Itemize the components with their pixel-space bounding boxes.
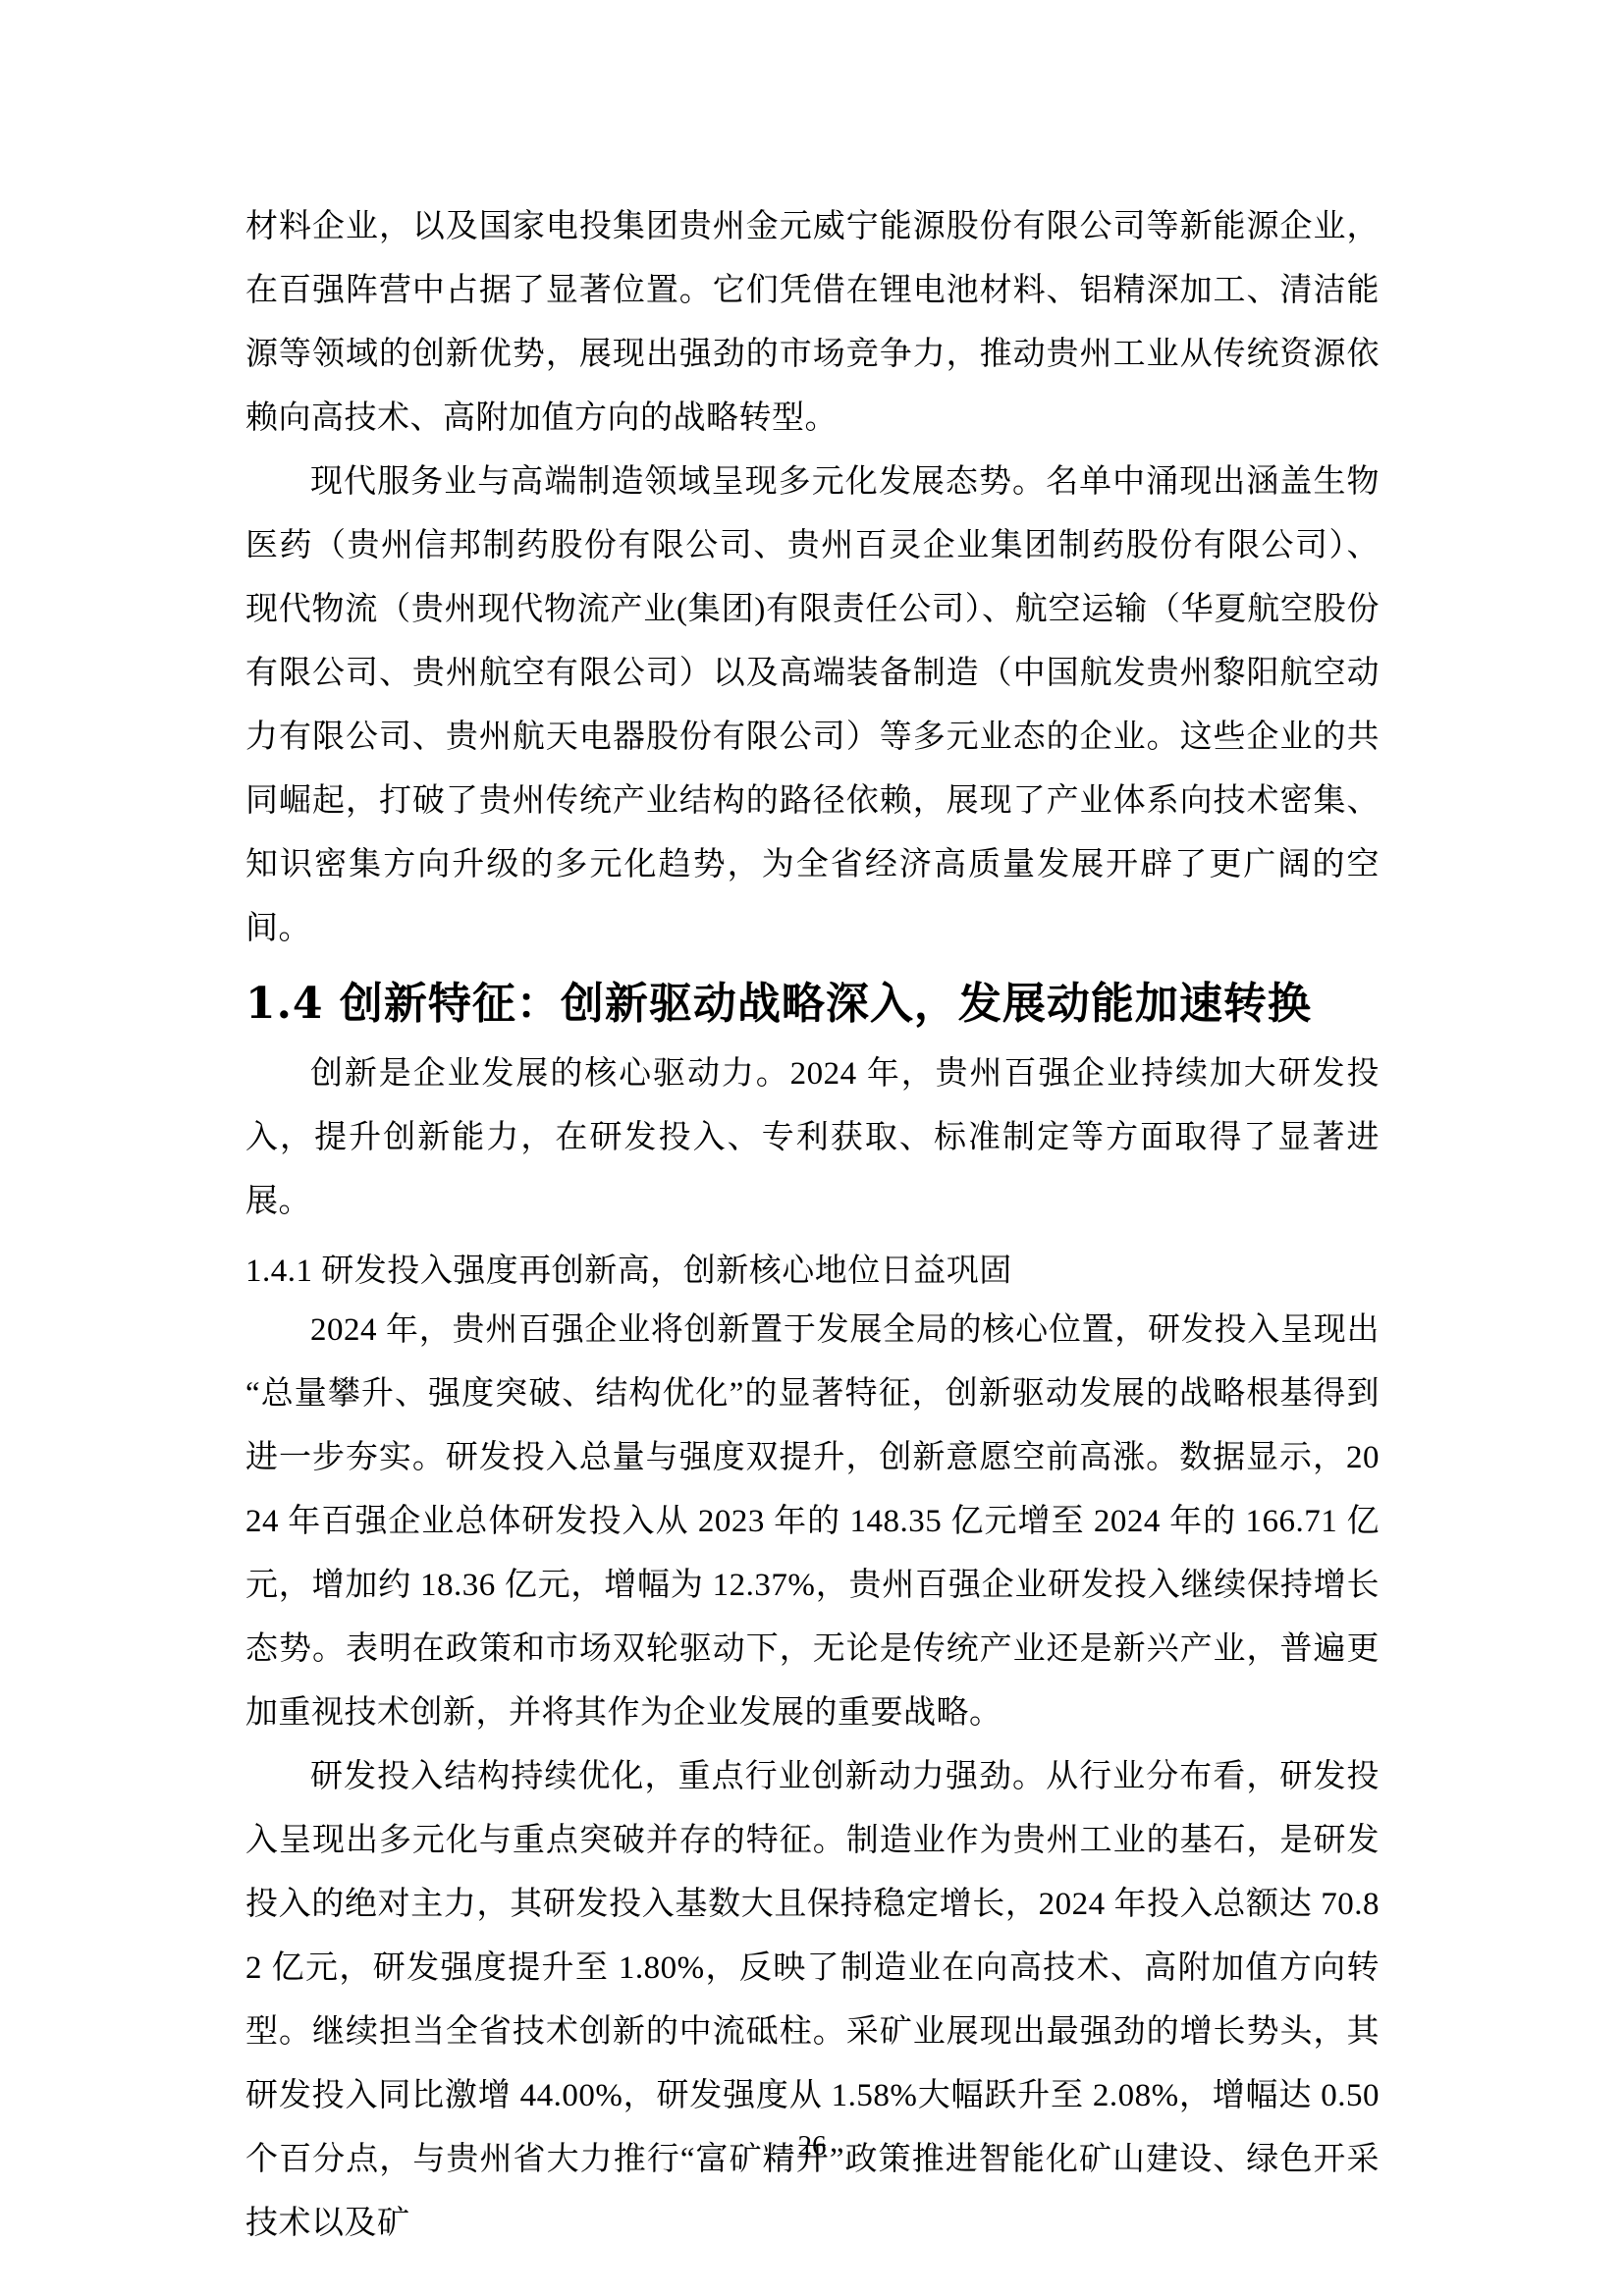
section-heading-1-4: 1.4 创新特征：创新驱动战略深入，发展动能加速转换: [245, 966, 1380, 1042]
paragraph-rd-structure-optimization: 研发投入结构持续优化，重点行业创新动力强劲。从行业分布看，研发投入呈现出多元化与…: [245, 1745, 1380, 2256]
subsection-heading-1-4-1: 1.4.1 研发投入强度再创新高，创新核心地位日益巩固: [245, 1244, 1380, 1299]
paragraph-materials-enterprises: 材料企业，以及国家电投集团贵州金元威宁能源股份有限公司等新能源企业，在百强阵营中…: [245, 195, 1380, 451]
page-body: 材料企业，以及国家电投集团贵州金元威宁能源股份有限公司等新能源企业，在百强阵营中…: [245, 195, 1380, 2256]
paragraph-rd-investment-growth: 2024 年，贵州百强企业将创新置于发展全局的核心位置，研发投入呈现出“总量攀升…: [245, 1299, 1380, 1745]
document-page: 材料企业，以及国家电投集团贵州金元威宁能源股份有限公司等新能源企业，在百强阵营中…: [0, 0, 1624, 2296]
page-number: 26: [0, 2128, 1624, 2163]
paragraph-modern-services: 现代服务业与高端制造领域呈现多元化发展态势。名单中涌现出涵盖生物医药（贵州信邦制…: [245, 451, 1380, 961]
paragraph-innovation-intro: 创新是企业发展的核心驱动力。2024 年，贵州百强企业持续加大研发投入，提升创新…: [245, 1042, 1380, 1234]
